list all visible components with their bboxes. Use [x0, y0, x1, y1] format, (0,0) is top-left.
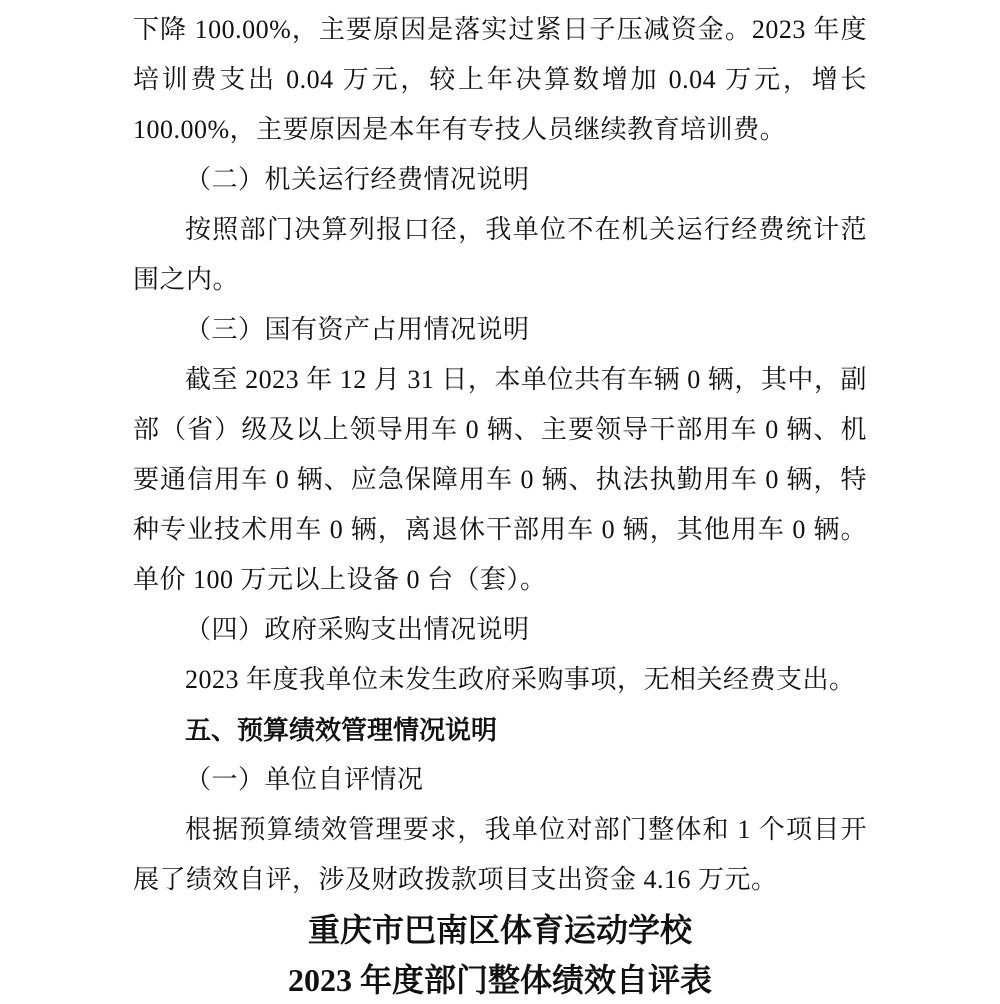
subsection-heading: （二）机关运行经费情况说明 [133, 155, 867, 205]
subsection-heading: （四）政府采购支出情况说明 [133, 605, 867, 655]
body-line: 按照部门决算列报口径，我单位不在机关运行经费统计范 [133, 205, 867, 255]
body-line: 部（省）级及以上领导用车 0 辆、主要领导干部用车 0 辆、机 [133, 405, 867, 455]
body-line: 种专业技术用车 0 辆，离退休干部用车 0 辆，其他用车 0 辆。 [133, 505, 867, 555]
body-line: 根据预算绩效管理要求，我单位对部门整体和 1 个项目开 [133, 805, 867, 855]
body-line: 100.00%，主要原因是本年有专技人员继续教育培训费。 [133, 105, 867, 155]
body-line: 展了绩效自评，涉及财政拨款项目支出资金 4.16 万元。 [133, 855, 867, 905]
body-line: 培训费支出 0.04 万元，较上年决算数增加 0.04 万元，增长 [133, 55, 867, 105]
subsection-heading: （三）国有资产占用情况说明 [133, 305, 867, 355]
table-title-year: 2023 年度部门整体绩效自评表 [133, 955, 867, 1004]
table-title-org-name: 重庆市巴南区体育运动学校 [133, 905, 867, 955]
subsection-heading: （一）单位自评情况 [133, 755, 867, 805]
body-line: 截至 2023 年 12 月 31 日，本单位共有车辆 0 辆，其中，副 [133, 355, 867, 405]
section-heading: 五、预算绩效管理情况说明 [133, 705, 867, 755]
body-line: 单价 100 万元以上设备 0 台（套）。 [133, 555, 867, 605]
body-line: 要通信用车 0 辆、应急保障用车 0 辆、执法执勤用车 0 辆，特 [133, 455, 867, 505]
body-line: 围之内。 [133, 255, 867, 305]
body-line: 下降 100.00%，主要原因是落实过紧日子压减资金。2023 年度 [133, 5, 867, 55]
body-line: 2023 年度我单位未发生政府采购事项，无相关经费支出。 [133, 655, 867, 705]
document-page: 下降 100.00%，主要原因是落实过紧日子压减资金。2023 年度 培训费支出… [0, 0, 1000, 1004]
